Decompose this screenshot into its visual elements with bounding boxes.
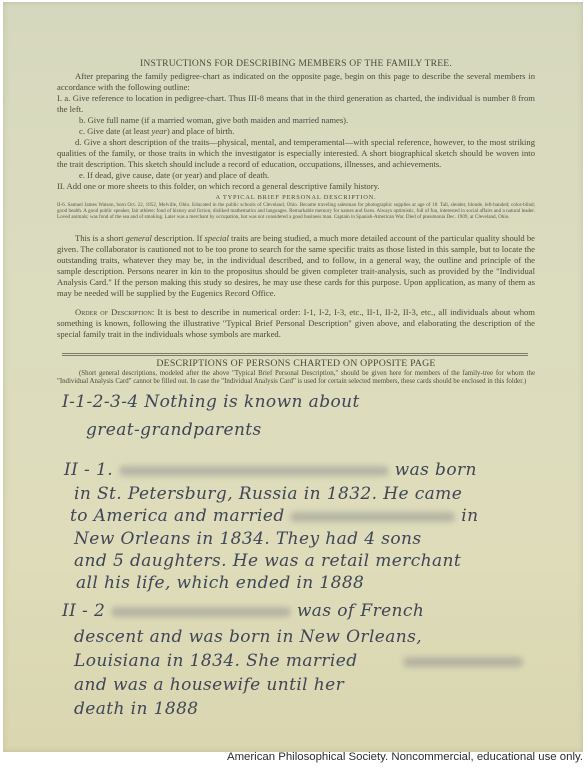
item-1c-emphasis: year (152, 126, 167, 136)
entry-3-ref: II - 2 (62, 601, 105, 621)
descriptions-heading: DESCRIPTIONS OF PERSONS CHARTED ON OPPOS… (57, 358, 535, 369)
redacted-name (119, 466, 389, 476)
section-divider-top (62, 353, 528, 354)
handwritten-entry-3-line2: descent and was born in New Orleans, (74, 627, 422, 647)
instruction-item-1b: b. Give full name (if a married woman, g… (57, 115, 535, 126)
instruction-item-2: II. Add one or more sheets to this folde… (57, 181, 535, 192)
handwritten-entry-1-line1: I-1-2-3-4 Nothing is known about (62, 392, 360, 412)
redacted-name (290, 512, 455, 522)
entry-2-ref: II - 1. (64, 460, 113, 480)
general-note-em1: general (126, 233, 152, 243)
copyright-caption: American Philosophical Society. Noncomme… (227, 751, 583, 763)
handwritten-entry-3-line1: II - 2 was of French (62, 601, 424, 621)
section-divider-bottom (62, 355, 528, 356)
typical-description-heading: A TYPICAL BRIEF PERSONAL DESCRIPTION. (57, 194, 535, 201)
general-note-em2: special (205, 233, 229, 243)
handwritten-entry-2-line2: in St. Petersburg, Russia in 1832. He ca… (74, 484, 462, 504)
general-note-p2: description. If (152, 233, 205, 243)
entry-2-line3-start: to America and married (70, 506, 285, 526)
instruction-item-1a: I. a. Give reference to location in pedi… (57, 93, 535, 115)
handwritten-entry-3-line4: and was a housewife until her (74, 675, 344, 695)
order-of-description: Order of Description: It is best to desc… (57, 307, 535, 340)
entry-3-line3-text: Louisiana in 1834. She married (74, 651, 358, 671)
descriptions-note: (Short general descriptions, modeled aft… (57, 370, 535, 385)
handwritten-entry-2-line3: to America and married in (70, 506, 478, 526)
entry-2-line1-end: was born (395, 460, 477, 480)
handwritten-entry-2-line1: II - 1. was born (64, 460, 477, 480)
instructions-body: After preparing the family pedigree-char… (57, 71, 535, 192)
entry-3-line1-end: was of French (297, 601, 424, 621)
handwritten-entry-2-line5: and 5 daughters. He was a retail merchan… (74, 551, 461, 571)
item-1c-post: ) and place of birth. (167, 126, 235, 136)
general-description-note: This is a short general description. If … (57, 233, 535, 299)
instructions-title: INSTRUCTIONS FOR DESCRIBING MEMBERS OF T… (57, 58, 535, 69)
instruction-item-1d: d. Give a short description of the trait… (57, 137, 535, 170)
descriptions-note-text: (Short general descriptions, modeled aft… (57, 370, 535, 385)
redacted-name (403, 657, 523, 667)
instruction-item-1c: c. Give date (at least year) and place o… (57, 126, 535, 137)
handwritten-entry-2-line4: New Orleans in 1834. They had 4 sons (74, 529, 422, 549)
typical-description-body: II-6. Samuel James Watson, born Oct. 22,… (57, 202, 535, 220)
handwritten-entry-3-line5: death in 1888 (74, 699, 199, 719)
handwritten-entry-3-line3: Louisiana in 1834. She married (74, 651, 523, 671)
handwritten-entry-1-line2: great-grandparents (86, 420, 262, 440)
instructions-intro: After preparing the family pedigree-char… (57, 71, 535, 93)
item-1c-pre: c. Give date (at least (79, 126, 152, 136)
redacted-name (111, 607, 291, 617)
instruction-item-1e: e. If dead, give cause, date (or year) a… (57, 170, 535, 181)
entry-2-line3-end: in (461, 506, 478, 526)
handwritten-entry-2-line6: all his life, which ended in 1888 (76, 573, 364, 593)
order-label: Order of Description: (75, 307, 154, 317)
general-note-p1: This is a short (75, 233, 126, 243)
